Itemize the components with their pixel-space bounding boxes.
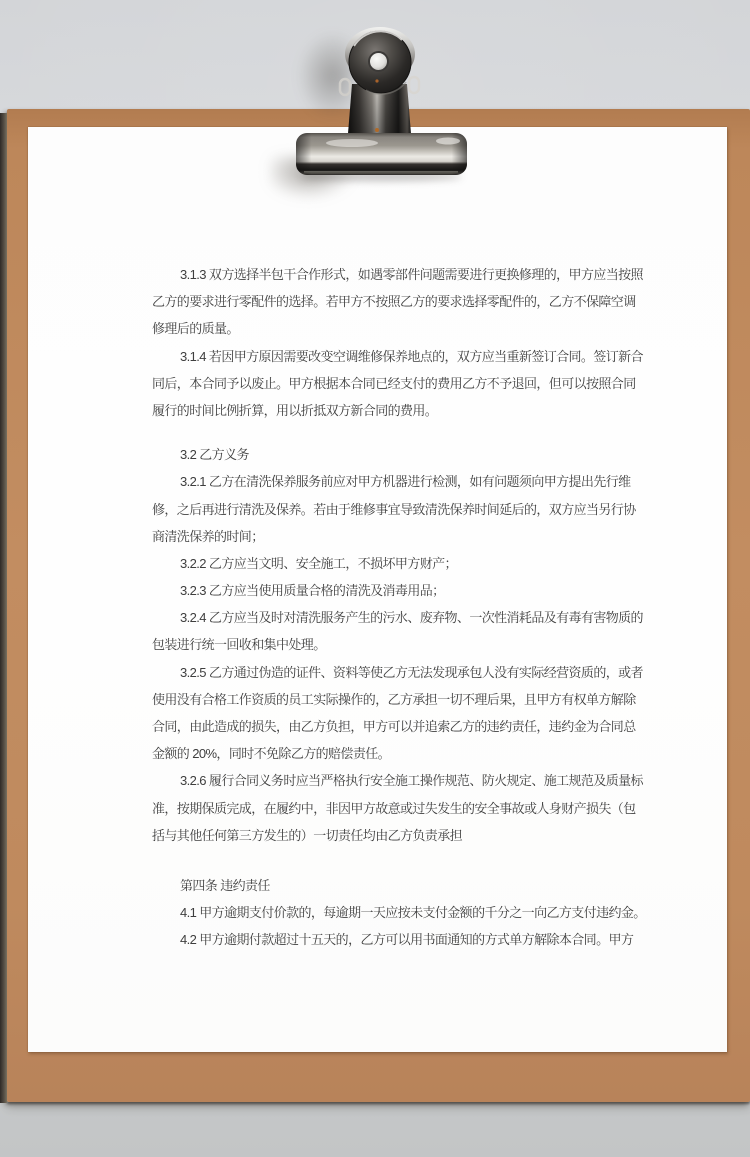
doc-line: 括与其他任何第三方发生的）一切责任均由乙方负责承担	[152, 822, 644, 849]
clip-bar	[296, 133, 467, 175]
doc-line: 履行的时间比例折算，用以折抵双方新合同的费用。	[152, 397, 644, 424]
doc-line: 4.2 甲方逾期付款超过十五天的，乙方可以用书面通知的方式单方解除本合同。甲方	[152, 926, 644, 953]
clip-loop-right	[409, 77, 419, 93]
clip-knob-hole	[369, 52, 388, 71]
doc-line: 3.2.5 乙方通过伪造的证件、资料等使乙方无法发现承包人没有实际经营资质的，或…	[152, 659, 644, 686]
clip-neck-rivet	[375, 128, 379, 132]
doc-line: 金额的 20%，同时不免除乙方的赔偿责任。	[152, 740, 644, 767]
binder-clip-icon	[280, 24, 480, 194]
doc-line: 3.1.4 若因甲方原因需要改变空调维修保养地点的，双方应当重新签订合同。签订新…	[152, 343, 644, 370]
doc-line: 修，之后再进行清洗及保养。若由于维修事宜导致清洗保养时间延后的，双方应当另行协	[152, 496, 644, 523]
doc-line: 3.2.6 履行合同义务时应当严格执行安全施工操作规范、防火规定、施工规范及质量…	[152, 767, 644, 794]
doc-line: 3.2.4 乙方应当及时对清洗服务产生的污水、废弃物、一次性消耗品及有毒有害物质…	[152, 604, 644, 631]
doc-blank-line	[152, 424, 644, 441]
doc-line: 3.1.3 双方选择半包干合作形式，如遇零部件问题需要进行更换修理的，甲方应当按…	[152, 261, 644, 288]
doc-line: 3.2.2 乙方应当文明、安全施工，不损坏甲方财产；	[152, 550, 644, 577]
doc-line: 3.2 乙方义务	[152, 441, 644, 468]
clipboard-left-edge-shadow	[0, 113, 7, 1103]
doc-line: 包装进行统一回收和集中处理。	[152, 631, 644, 658]
doc-line: 3.2.3 乙方应当使用质量合格的清洗及消毒用品；	[152, 577, 644, 604]
clip-loop-left	[340, 79, 350, 95]
document-text: 3.1.3 双方选择半包干合作形式，如遇零部件问题需要进行更换修理的，甲方应当按…	[152, 261, 644, 954]
doc-line: 修理后的质量。	[152, 315, 644, 342]
doc-line: 商清洗保养的时间；	[152, 523, 644, 550]
doc-line: 乙方的要求进行零配件的选择。若甲方不按照乙方的要求选择零配件的，乙方不保障空调	[152, 288, 644, 315]
doc-line: 合同，由此造成的损失，由乙方负担，甲方可以并追索乙方的违约责任，违约金为合同总	[152, 713, 644, 740]
doc-line: 同后，本合同予以废止。甲方根据本合同已经支付的费用乙方不予退回，但可以按照合同	[152, 370, 644, 397]
doc-line: 准，按期保质完成，在履约中，非因甲方故意或过失发生的安全事故或人身财产损失（包	[152, 795, 644, 822]
doc-line: 4.1 甲方逾期支付价款的，每逾期一天应按未支付金额的千分之一向乙方支付违约金。	[152, 899, 644, 926]
paper-sheet: 3.1.3 双方选择半包干合作形式，如遇零部件问题需要进行更换修理的，甲方应当按…	[28, 127, 727, 1052]
doc-line: 3.2.1 乙方在清洗保养服务前应对甲方机器进行检测，如有问题须向甲方提出先行维	[152, 468, 644, 495]
clip-knob-reflection-dot	[375, 79, 378, 82]
doc-line: 第四条 违约责任	[152, 872, 644, 899]
doc-line: 使用没有合格工作资质的员工实际操作的，乙方承担一切不理后果，且甲方有权单方解除	[152, 686, 644, 713]
doc-blank-line	[152, 849, 644, 872]
